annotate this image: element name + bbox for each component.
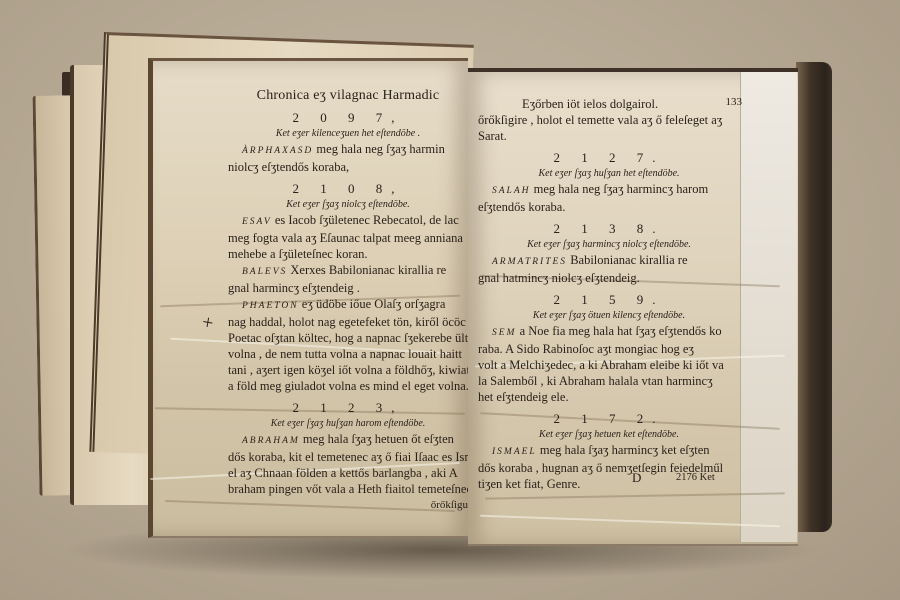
- entry-name: SEM: [492, 328, 516, 338]
- catchword: 2176 Ket: [676, 472, 715, 483]
- entry-line: tani , aʒert igen köʒel iőt volna a föld…: [228, 362, 468, 378]
- entry-name: ABRAHAM: [242, 436, 300, 446]
- entry-name: ÀRPHAXASD: [242, 146, 313, 156]
- entry-line: ISMAEL meg hala ſʒaʒ harmincʒ ket eſʒten: [478, 442, 740, 460]
- entry-line: meg fogta vala aʒ Eſaunac talpat meeg an…: [228, 230, 468, 246]
- left-page-text: Chronica eʒ vilagnac Harmadic 2 0 9 7, K…: [228, 88, 468, 513]
- entry-line: volt a Melchiʒedec, a ki Abraham eleibe …: [478, 357, 740, 373]
- entry-line: la Salemből , ki Abraham halala vtan har…: [478, 373, 740, 389]
- entry-line: a föld meg giuladot volna es mind el ege…: [228, 378, 468, 394]
- entry-line: ÀRPHAXASD meg hala neg ſʒaʒ harmin: [228, 141, 468, 159]
- right-margin-paper: [740, 72, 797, 542]
- year-heading: 2 0 9 7,: [228, 110, 468, 126]
- entry-line: gnal harmincʒ eſʒtendeig .: [228, 280, 468, 296]
- entry-line: Eʒőrben iöt ielos dolgairol.: [478, 96, 740, 112]
- entry-line: ARMATRITES Babilonianac kirallia re: [478, 252, 740, 270]
- entry-line: PHAETON eʒ üdöbe iőue Olaſʒ orſʒagra: [228, 296, 468, 314]
- entry-subhead: Ket eʒer ſʒaʒ ötuen kilencʒ eſtendöbe.: [478, 310, 740, 321]
- entry-line: Poetac oſʒtan költec, hog a napnac ſʒeke…: [228, 330, 468, 346]
- entry-subhead: Ket eʒer ſʒaʒ niolcʒ eſtendöbe.: [228, 199, 468, 210]
- entry-line: SALAH meg hala neg ſʒaʒ harmincʒ harom: [478, 181, 740, 199]
- entry-line: el aʒ Chnaan földen a kettős barlangba ,…: [228, 465, 468, 481]
- open-book: + Chronica eʒ vilagnac Harmadic 2 0 9 7,…: [0, 0, 900, 600]
- entry-line: raba. A Sido Rabinoſoc aʒt mongiac hog e…: [478, 341, 740, 357]
- entry-subhead: Ket eʒer ſʒaʒ harmincʒ niolcʒ eſtendöbe.: [478, 239, 740, 250]
- entry-line: braham pingen vőt vala a Heth fiaitol te…: [228, 481, 468, 497]
- entry-line: BALEVS Xerxes Babilonianac kirallia re: [228, 262, 468, 280]
- right-page-text: 133 Eʒőrben iöt ielos dolgairol. őrőkſig…: [478, 96, 740, 492]
- signature-mark: D: [632, 470, 641, 486]
- entry-name: ARMATRITES: [492, 257, 567, 267]
- entry-subhead: Ket eʒer kilenceʒuen het eſtendöbe .: [228, 128, 468, 139]
- entry-line: het eſʒtendeig ele.: [478, 389, 740, 405]
- entry-line: őrőkſigu: [228, 497, 468, 513]
- year-heading: 2 1 0 8,: [228, 181, 468, 197]
- entry-line: ESAV es Iacob ſʒületenec Rebecatol, de l…: [228, 212, 468, 230]
- entry-line: volna , de nem tutta volna a napnac loua…: [228, 346, 468, 362]
- entry-name: SALAH: [492, 186, 531, 196]
- entry-subhead: Ket eʒer ſʒaʒ huſʒan het eſtendöbe.: [478, 168, 740, 179]
- entry-subhead: Ket eʒer ſʒaʒ hetuen ket eſtendöbe.: [478, 429, 740, 440]
- year-heading: 2 1 2 7.: [478, 150, 740, 166]
- entry-line: ABRAHAM meg hala ſʒaʒ hetuen őt eſʒten: [228, 431, 468, 449]
- entry-line: SEM a Noe fia meg hala hat ſʒaʒ eſʒtendő…: [478, 323, 740, 341]
- year-heading: 2 1 3 8.: [478, 221, 740, 237]
- entry-line: dős koraba, kit el temetenec aʒ ő fiai I…: [228, 449, 468, 465]
- entry-line: nag haddal, holot nag egetefeket tön, ki…: [228, 314, 468, 330]
- entry-line: gnal hatmincʒ niolcʒ eſʒtendeig.: [478, 270, 740, 286]
- page-number: 133: [726, 96, 743, 108]
- book-cover-edge: [796, 62, 832, 532]
- entry-name: BALEVS: [242, 267, 287, 277]
- entry-name: ESAV: [242, 217, 272, 227]
- year-heading: 2 1 2 3,: [228, 400, 468, 416]
- entry-line: őrőkſigire , holot el temette vala aʒ ő …: [478, 112, 740, 128]
- year-heading: 2 1 7 2.: [478, 411, 740, 427]
- year-heading: 2 1 5 9.: [478, 292, 740, 308]
- entry-line: mehebe a ſʒületeſnec koran.: [228, 246, 468, 262]
- entry-subhead: Ket eʒer ſʒaʒ huſʒan harom eſtendöbe.: [228, 418, 468, 429]
- running-head: Chronica eʒ vilagnac Harmadic: [228, 88, 468, 104]
- entry-line: Sarat.: [478, 128, 740, 144]
- entry-line: niolcʒ eſʒtendős koraba,: [228, 159, 468, 175]
- entry-name: ISMAEL: [492, 447, 537, 457]
- entry-name: PHAETON: [242, 301, 299, 311]
- entry-line: eſʒtendős koraba.: [478, 199, 740, 215]
